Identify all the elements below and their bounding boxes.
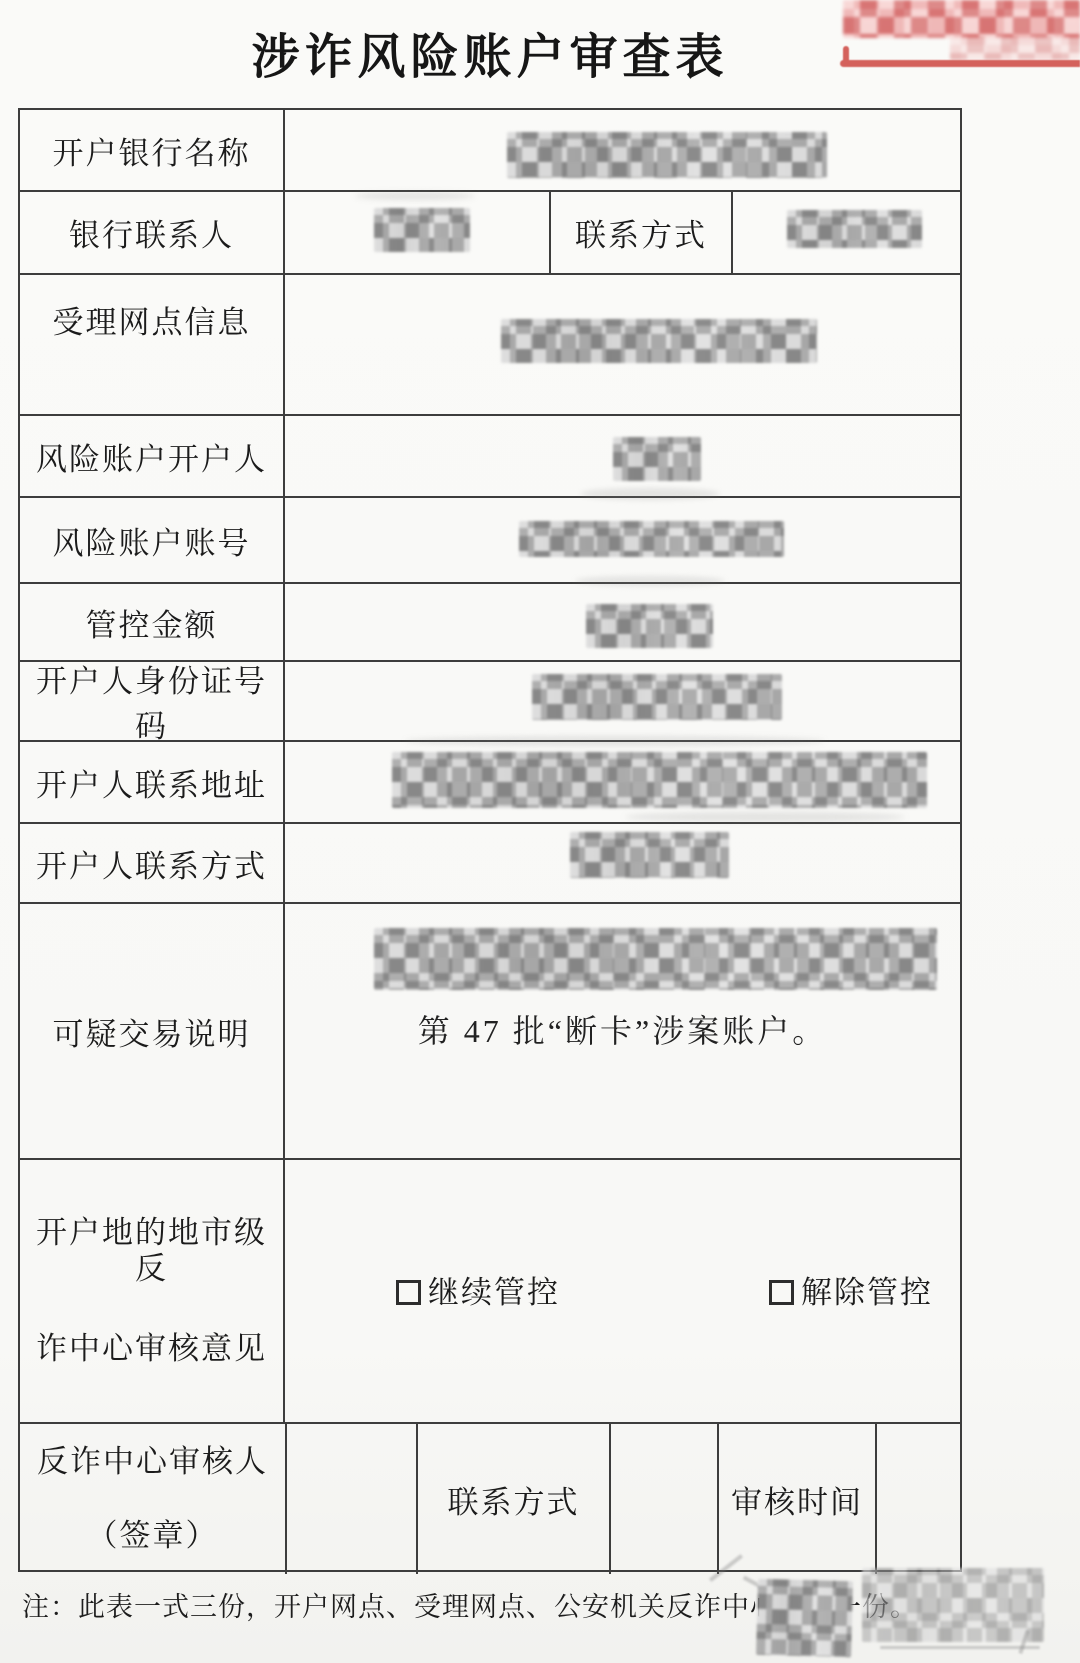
pen-stroke — [880, 1646, 1040, 1649]
redacted-footer-mark-right — [862, 1568, 1044, 1642]
scan-smudge — [575, 576, 725, 586]
checkbox-continue-control[interactable] — [396, 1280, 421, 1305]
redacted-holder-contact-value — [570, 832, 729, 878]
scan-smudge — [625, 812, 905, 822]
suspicious-label: 可疑交易说明 — [20, 904, 285, 1158]
account-holder-label: 风险账户开户人 — [20, 416, 285, 496]
redacted-id-number-value — [532, 674, 782, 720]
reviewer-signature-cell — [287, 1424, 418, 1574]
reviewer-contact-value-cell — [611, 1424, 719, 1574]
row-control-amount: 管控金额 — [20, 584, 960, 662]
review-opinion-label: 开户地的地市级反 诈中心审核意见 — [20, 1160, 285, 1422]
redacted-holder-address-value — [392, 752, 927, 808]
row-bank-name: 开户银行名称 — [20, 110, 960, 192]
contact-method-label: 联系方式 — [551, 192, 733, 273]
holder-address-label: 开户人联系地址 — [20, 742, 285, 822]
control-amount-label: 管控金额 — [20, 584, 285, 660]
suspicious-value-cell: 第 47 批“断卡”涉案账户。 — [285, 904, 960, 1158]
contact-method-value-cell — [733, 192, 960, 273]
bank-contact-value-cell — [285, 192, 551, 273]
checkbox-continue-control-label: 继续管控 — [428, 1280, 560, 1305]
redacted-bank-contact-value — [374, 208, 470, 252]
row-holder-contact: 开户人联系方式 — [20, 824, 960, 904]
reviewer-contact-label: 联系方式 — [418, 1424, 611, 1574]
account-number-label: 风险账户账号 — [20, 498, 285, 582]
redacted-control-amount-value — [586, 604, 713, 648]
row-reviewer: 反诈中心审核人 （签章） 联系方式 审核时间 — [20, 1424, 960, 1574]
control-amount-value-cell — [285, 584, 960, 660]
branch-info-value-cell — [285, 275, 960, 414]
redacted-bank-name-value — [507, 132, 827, 178]
scan-smudge — [405, 736, 825, 746]
bank-name-value-cell — [285, 110, 960, 190]
scanned-form-page: 涉诈风险账户审查表 开户银行名称 银行联系人 联系方式 受理网点信息 — [0, 0, 1080, 1663]
holder-contact-label: 开户人联系方式 — [20, 824, 285, 902]
row-suspicious: 可疑交易说明 第 47 批“断卡”涉案账户。 — [20, 904, 960, 1160]
row-bank-contact: 银行联系人 联系方式 — [20, 192, 960, 275]
review-opinion-value-cell: 继续管控 解除管控 — [285, 1160, 960, 1422]
scan-smudge — [355, 192, 475, 200]
redacted-account-holder-value — [613, 437, 701, 481]
row-holder-address: 开户人联系地址 — [20, 742, 960, 824]
holder-address-value-cell — [285, 742, 960, 822]
suspicious-note: 第 47 批“断卡”涉案账户。 — [285, 1006, 960, 1052]
bank-name-label: 开户银行名称 — [20, 110, 285, 190]
review-opinion-label-line1: 开户地的地市级反 — [20, 1215, 283, 1287]
checkbox-lift-control-label: 解除管控 — [801, 1280, 933, 1305]
review-form-table: 开户银行名称 银行联系人 联系方式 受理网点信息 风险 — [18, 108, 962, 1572]
review-opinion-label-line2: 诈中心审核意见 — [36, 1331, 267, 1367]
reviewer-label: 反诈中心审核人 （签章） — [20, 1424, 287, 1574]
lift-control-option: 解除管控 — [769, 1280, 933, 1305]
account-number-value-cell — [285, 498, 960, 582]
continue-control-option: 继续管控 — [396, 1280, 560, 1305]
redacted-contact-method-value — [787, 210, 922, 248]
branch-info-label: 受理网点信息 — [20, 275, 285, 414]
row-id-number: 开户人身份证号码 — [20, 662, 960, 742]
checkbox-lift-control[interactable] — [769, 1280, 794, 1305]
page-title: 涉诈风险账户审查表 — [0, 18, 980, 87]
reviewer-label-line1: 反诈中心审核人 — [37, 1444, 268, 1480]
redacted-suspicious-line — [374, 928, 937, 990]
holder-contact-value-cell — [285, 824, 960, 902]
row-account-holder: 风险账户开户人 — [20, 416, 960, 498]
account-holder-value-cell — [285, 416, 960, 496]
review-time-value-cell — [877, 1424, 960, 1574]
row-account-number: 风险账户账号 — [20, 498, 960, 584]
bank-contact-label: 银行联系人 — [20, 192, 285, 273]
redacted-footer-mark-left — [756, 1579, 853, 1657]
row-branch-info: 受理网点信息 — [20, 275, 960, 416]
id-number-value-cell — [285, 662, 960, 740]
redacted-account-number-value — [519, 521, 784, 557]
review-time-label: 审核时间 — [719, 1424, 877, 1574]
row-review-opinion: 开户地的地市级反 诈中心审核意见 继续管控 解除管控 — [20, 1160, 960, 1424]
id-number-label: 开户人身份证号码 — [20, 662, 285, 740]
redacted-branch-info-value — [501, 319, 817, 363]
reviewer-label-line2: （签章） — [87, 1518, 219, 1554]
